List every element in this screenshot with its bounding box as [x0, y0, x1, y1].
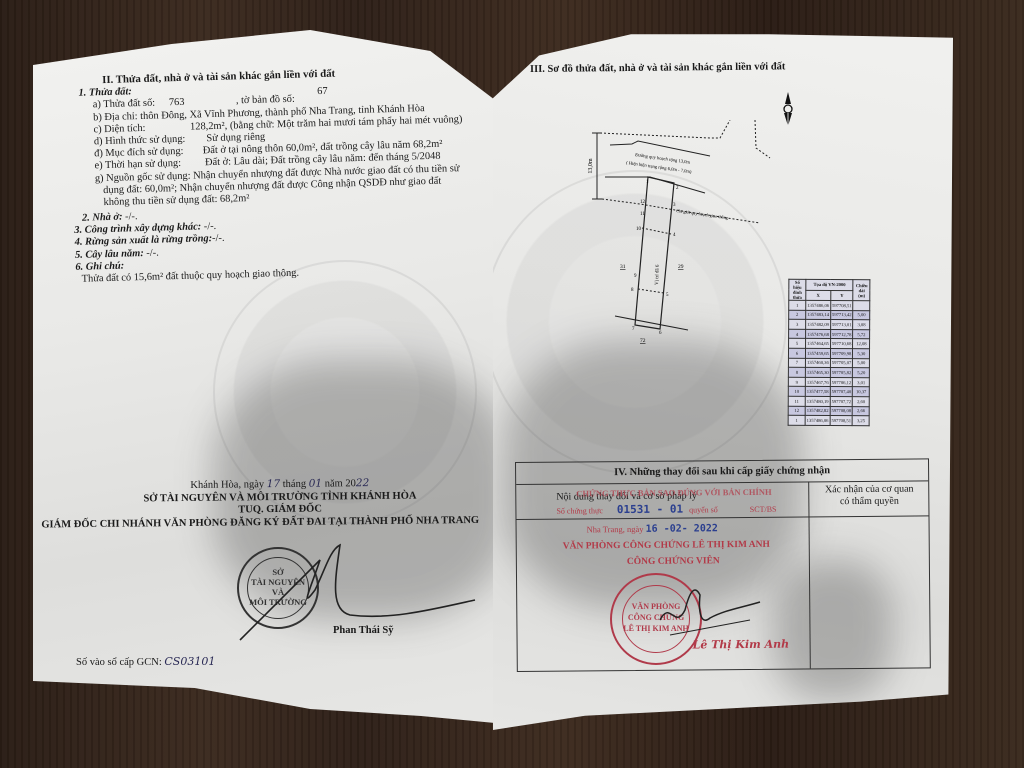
notary-office: VĂN PHÒNG CÔNG CHỨNG LÊ THỊ KIM ANH — [563, 539, 770, 553]
registry-line: Số vào sổ cấp GCN: CS03101 — [76, 656, 215, 669]
table-row: 31357482,09597713,013,08 — [789, 319, 870, 329]
compass-north-icon — [781, 92, 795, 128]
svg-text:11: 11 — [640, 212, 645, 217]
svg-text:12: 12 — [640, 200, 646, 205]
certification-number-line: Số chứng thực 01531 - 01 quyển số SCT/BS — [556, 503, 776, 518]
table-row: 71357460,36597705,075,00 — [788, 358, 869, 368]
svg-text:1: 1 — [646, 180, 649, 185]
table-row: 11357486,06597708,51 — [789, 300, 870, 310]
changes-confirm-header: Xác nhận của cơ quan có thẩm quyền — [814, 483, 924, 508]
svg-text:31: 31 — [620, 264, 626, 270]
table-row: 91357467,76597706,123,01 — [788, 377, 869, 387]
certified-copy-stamp-header: CHỨNG THỰC BẢN SAO ĐÚNG VỚI BẢN CHÍNH — [576, 486, 771, 500]
table-row: 11357486,06597708,513,25 — [788, 415, 869, 425]
svg-text:Chỉ giới quy hoạch giao thông: Chỉ giới quy hoạch giao thông — [676, 208, 729, 220]
svg-text:3: 3 — [673, 203, 676, 208]
svg-text:6: 6 — [659, 331, 662, 336]
notary-title: CÔNG CHỨNG VIÊN — [627, 555, 720, 568]
svg-text:7: 7 — [632, 327, 635, 332]
svg-text:4: 4 — [673, 233, 676, 238]
notary-signature — [640, 580, 770, 650]
signing-block: Khánh Hòa, ngày 17 tháng 01 năm 2022 SỞ … — [70, 476, 491, 531]
table-row: 81357465,30597705,825,20 — [788, 367, 869, 377]
svg-text:9: 9 — [634, 274, 637, 279]
map-sheet-number: 67 — [317, 86, 328, 97]
svg-text:Vị trí đã 6: Vị trí đã 6 — [655, 264, 661, 285]
parcel-number: 763 — [158, 97, 196, 109]
section-ii: II. Thửa đất, nhà ở và tài sản khác gắn … — [70, 64, 467, 286]
svg-text:13,0m: 13,0m — [588, 158, 594, 174]
coordinate-table: Số hiệu đỉnh thửa Tọa độ VN-2000 Chiều d… — [788, 279, 871, 426]
svg-text:8: 8 — [631, 288, 634, 293]
svg-text:72: 72 — [640, 338, 646, 344]
table-row: 61357459,65597709,985,30 — [788, 348, 869, 358]
changes-title: IV. Những thay đổi sau khi cấp giấy chứn… — [516, 459, 928, 485]
table-row: 101357477,58597707,4010,37 — [788, 387, 869, 397]
svg-text:10: 10 — [636, 227, 642, 232]
svg-text:5: 5 — [666, 293, 669, 298]
table-row: 51357464,65597710,6812,08 — [789, 339, 870, 349]
table-row: 21357483,14597713,425,00 — [789, 310, 870, 320]
certification-number: 01531 - 01 — [617, 503, 683, 517]
certification-date-line: Nha Trang, ngày 16 -02- 2022 — [587, 522, 718, 537]
table-row: 111357480,19597707,722,60 — [788, 396, 869, 406]
parcel-diagram: 13,0m Đường quy hoạch rộng 13,0m ( Hiện … — [580, 120, 780, 350]
svg-text:29: 29 — [678, 264, 684, 270]
signer-name: Phan Thái Sỹ — [333, 625, 394, 637]
svg-text:2: 2 — [676, 186, 679, 191]
certification-date: 16 -02- 2022 — [646, 523, 718, 535]
table-row: 41357476,68597712,785,72 — [789, 329, 870, 339]
registry-number: CS03101 — [164, 655, 215, 668]
table-row: 121357482,82597708,082,66 — [788, 406, 869, 416]
